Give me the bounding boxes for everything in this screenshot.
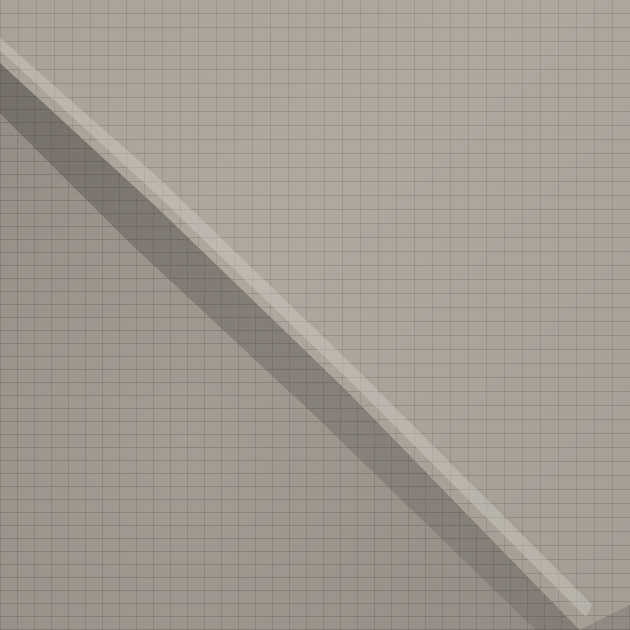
fabric-photo: folded chenille upholstery fabric textur… bbox=[0, 0, 630, 630]
